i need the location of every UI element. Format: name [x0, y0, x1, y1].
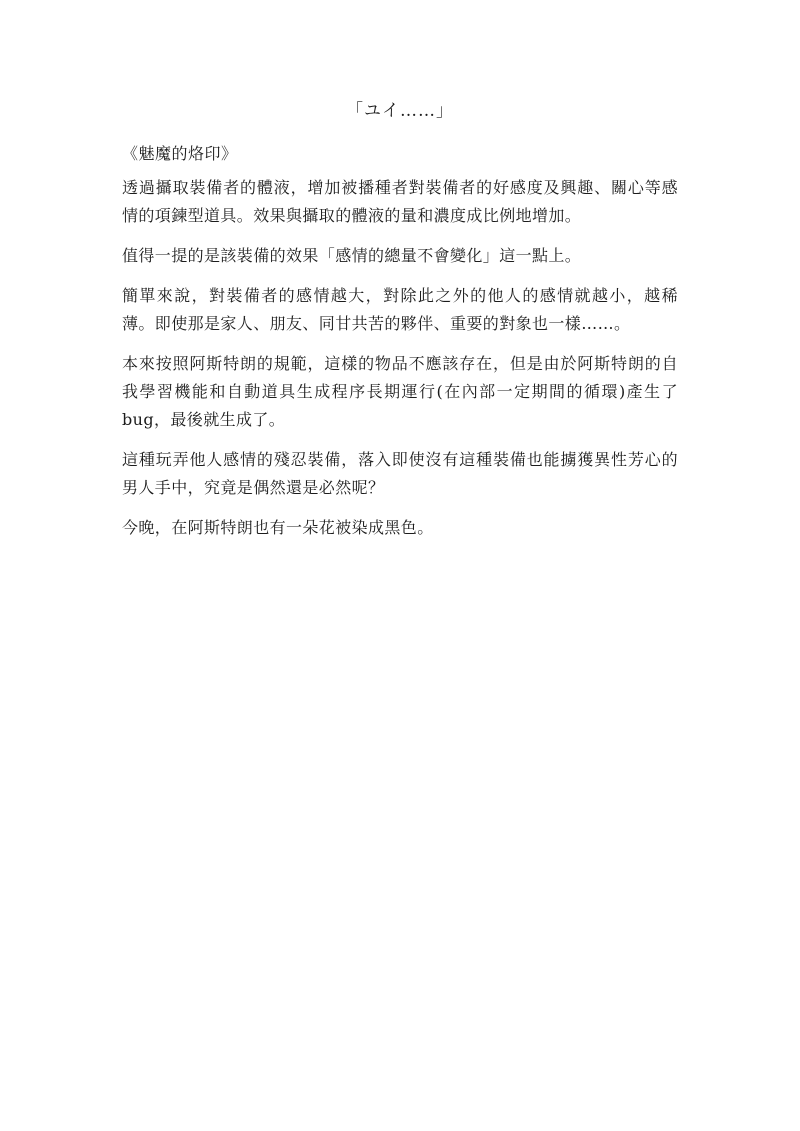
paragraph-effect-note: 值得一提的是該裝備的效果「感情的總量不會變化」這一點上。	[122, 242, 678, 270]
paragraph-item-description: 透過攝取裝備者的體液，增加被播種者對裝備者的好感度及興趣、關心等感情的項鍊型道具…	[122, 174, 678, 230]
document-page: 「ユイ……」 《魅魔的烙印》 透過攝取裝備者的體液，增加被播種者對裝備者的好感度…	[0, 0, 800, 1131]
paragraph-effect-explanation: 簡單來說，對裝備者的感情越大，對除此之外的他人的感情就越小，越稀薄。即使那是家人…	[122, 282, 678, 338]
item-name-heading: 《魅魔的烙印》	[122, 140, 678, 168]
page-title: 「ユイ……」	[122, 97, 678, 125]
paragraph-origin-bug: 本來按照阿斯特朗的規範，這樣的物品不應該存在，但是由於阿斯特朗的自我學習機能和自…	[122, 350, 678, 434]
paragraph-closing-line: 今晚，在阿斯特朗也有一朵花被染成黑色。	[122, 514, 678, 542]
paragraph-rhetorical-question: 這種玩弄他人感情的殘忍裝備，落入即使沒有這種裝備也能擄獲異性芳心的男人手中，究竟…	[122, 446, 678, 502]
